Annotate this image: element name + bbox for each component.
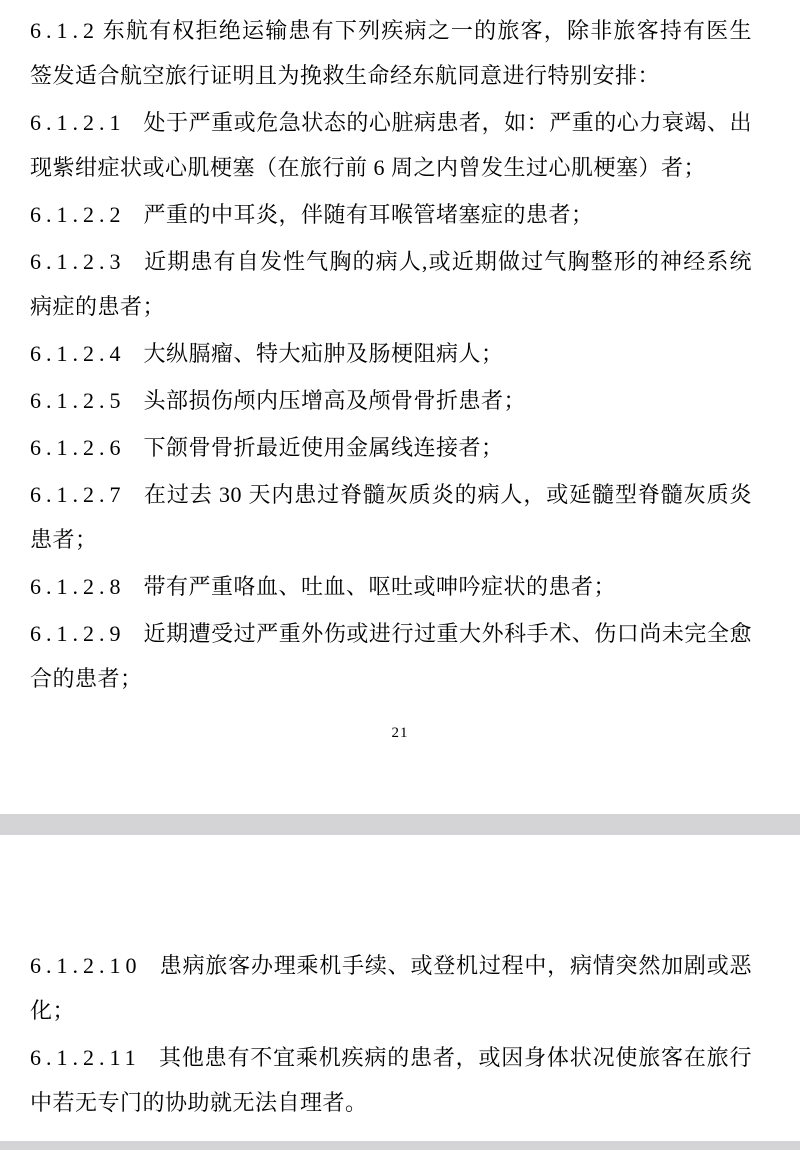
clause-text: 头部损伤颅内压增高及颅骨骨折患者；: [144, 388, 527, 413]
clause-number: 6.1.2.7: [30, 482, 144, 507]
clause-text: 带有严重咯血、吐血、呕吐或呻吟症状的患者；: [144, 574, 617, 599]
clause-6-1-2-6: 6.1.2.6下颌骨骨折最近使用金属线连接者；: [30, 425, 752, 470]
clause-6-1-2-4: 6.1.2.4大纵膈瘤、特大疝肿及肠梗阻病人；: [30, 331, 752, 376]
clause-number: 6.1.2.3: [30, 249, 144, 274]
clause-number: 6.1.2: [30, 18, 102, 43]
clause-text: 严重的中耳炎，伴随有耳喉管堵塞症的患者；: [144, 202, 594, 227]
document-view: 6.1.2东航有权拒绝运输患有下列疾病之一的旅客，除非旅客持有医生签发适合航空旅…: [0, 0, 800, 1150]
clause-number: 6.1.2.1: [30, 110, 144, 135]
clause-6-1-2-11: 6.1.2.11其他患有不宜乘机疾病的患者，或因身体状况使旅客在旅行中若无专门的…: [30, 1035, 752, 1125]
clause-text: 下颌骨骨折最近使用金属线连接者；: [144, 435, 504, 460]
clause-6-1-2-2: 6.1.2.2严重的中耳炎，伴随有耳喉管堵塞症的患者；: [30, 192, 752, 237]
clause-number: 6.1.2.11: [30, 1045, 159, 1070]
page-1: 6.1.2东航有权拒绝运输患有下列疾病之一的旅客，除非旅客持有医生签发适合航空旅…: [0, 0, 800, 814]
clause-number: 6.1.2.4: [30, 341, 144, 366]
page-separator: [0, 814, 800, 835]
clause-number: 6.1.2.5: [30, 388, 144, 413]
clause-6-1-2-3: 6.1.2.3近期患有自发性气胸的病人,或近期做过气胸整形的神经系统病症的患者；: [30, 239, 752, 329]
clause-text: 东航有权拒绝运输患有下列疾病之一的旅客，除非旅客持有医生签发适合航空旅行证明且为…: [30, 18, 752, 88]
clause-6-1-2-8: 6.1.2.8带有严重咯血、吐血、呕吐或呻吟症状的患者；: [30, 564, 752, 609]
clause-text: 大纵膈瘤、特大疝肿及肠梗阻病人；: [144, 341, 504, 366]
clause-number: 6.1.2.10: [30, 953, 160, 978]
page-separator-bottom: [0, 1141, 800, 1150]
clause-6-1-2-7: 6.1.2.7在过去 30 天内患过脊髓灰质炎的病人，或延髓型脊髓灰质炎患者；: [30, 472, 752, 562]
clause-6-1-2: 6.1.2东航有权拒绝运输患有下列疾病之一的旅客，除非旅客持有医生签发适合航空旅…: [30, 8, 752, 98]
clause-6-1-2-5: 6.1.2.5头部损伤颅内压增高及颅骨骨折患者；: [30, 378, 752, 423]
clause-number: 6.1.2.8: [30, 574, 144, 599]
clause-6-1-2-10: 6.1.2.10患病旅客办理乘机手续、或登机过程中，病情突然加剧或恶化；: [30, 943, 752, 1033]
page-number: 21: [0, 724, 800, 742]
clause-number: 6.1.2.9: [30, 621, 144, 646]
clause-number: 6.1.2.6: [30, 435, 144, 460]
page-2: 6.1.2.10患病旅客办理乘机手续、或登机过程中，病情突然加剧或恶化； 6.1…: [0, 835, 800, 1150]
clause-6-1-2-1: 6.1.2.1处于严重或危急状态的心脏病患者，如：严重的心力衰竭、出现紫绀症状或…: [30, 100, 752, 190]
clause-number: 6.1.2.2: [30, 202, 144, 227]
clause-6-1-2-9: 6.1.2.9近期遭受过严重外伤或进行过重大外科手术、伤口尚未完全愈合的患者；: [30, 611, 752, 701]
